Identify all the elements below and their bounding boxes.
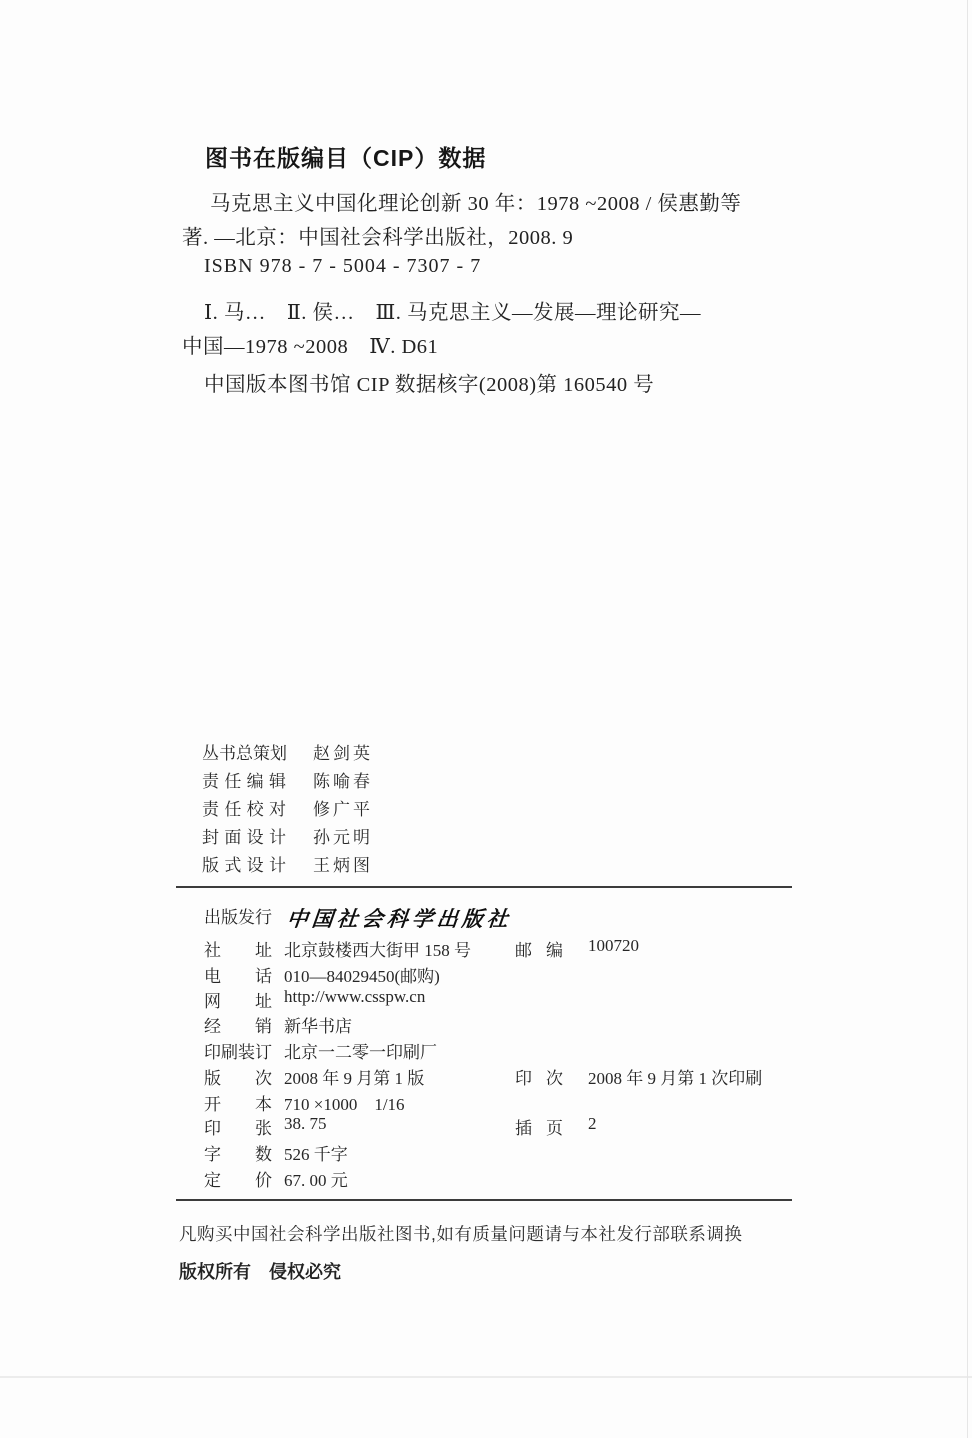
pub-value-postcode: 100720 xyxy=(588,936,639,956)
pub-label: 字数 xyxy=(204,1140,272,1165)
pub-label-inserts: 插页 xyxy=(515,1114,563,1139)
cip-heading: 图书在版编目（CIP）数据 xyxy=(205,140,486,173)
pub-label: 电话 xyxy=(204,962,272,987)
pub-label-postcode: 邮编 xyxy=(515,936,563,961)
publisher-label: 出版发行 xyxy=(204,903,272,928)
cip-title-line-1: 马克思主义中国化理论创新 30 年：1978 ~2008 / 侯惠勤等 xyxy=(210,186,741,216)
pub-row-price: 定价67. 00 元 xyxy=(204,1166,804,1191)
pub-row-printer: 印刷装订北京一二零一印刷厂 xyxy=(204,1038,804,1063)
pub-label: 印张 xyxy=(204,1114,272,1139)
cip-classification-line-2: 中国—1978 ~2008 Ⅳ. D61 xyxy=(182,329,438,359)
publisher-logotype: 中国社会科学出版社 xyxy=(285,903,513,933)
credit-name: 陈喻春 xyxy=(313,772,373,791)
credit-role: 责任编辑 xyxy=(202,767,286,792)
credit-row: 责任编辑陈喻春 xyxy=(202,767,373,792)
pub-value: 67. 00 元 xyxy=(284,1171,348,1190)
quality-notice: 凡购买中国社会科学出版社图书,如有质量问题请与本社发行部联系调换 xyxy=(179,1221,742,1246)
cip-record-number: 中国版本图书馆 CIP 数据核字(2008)第 160540 号 xyxy=(204,367,654,397)
pub-row-format: 开本710 ×1000 1/16 xyxy=(204,1090,804,1115)
pub-row-phone: 电话010—84029450(邮购) xyxy=(204,962,804,987)
pub-value-url: http://www.csspw.cn xyxy=(284,987,425,1006)
pub-value: 2008 年 9 月第 1 版 xyxy=(284,1069,424,1088)
pub-value: 北京一二零一印刷厂 xyxy=(284,1043,437,1062)
divider-bottom xyxy=(176,1199,792,1201)
pub-row-sheets: 印张38. 75 插页 2 xyxy=(204,1114,804,1139)
pub-value: 526 千字 xyxy=(284,1145,348,1164)
credit-name: 孙元明 xyxy=(313,828,373,847)
isbn-line: ISBN 978 - 7 - 5004 - 7307 - 7 xyxy=(204,255,481,278)
pub-label: 版次 xyxy=(204,1064,272,1089)
pub-label: 印刷装订 xyxy=(204,1038,272,1063)
credit-row: 责任校对修广平 xyxy=(202,795,373,820)
pub-row-website: 网址http://www.csspw.cn xyxy=(204,987,804,1012)
pub-label: 经销 xyxy=(204,1012,272,1037)
credit-role: 封面设计 xyxy=(202,823,286,848)
pub-row-wordcount: 字数526 千字 xyxy=(204,1140,804,1165)
credit-row: 丛书总策划赵剑英 xyxy=(202,739,373,764)
pub-value: 北京鼓楼西大街甲 158 号 xyxy=(284,941,471,960)
credit-role: 丛书总策划 xyxy=(202,739,286,764)
pub-label: 社址 xyxy=(204,936,272,961)
credit-row: 版式设计王炳图 xyxy=(202,851,373,876)
publisher-row: 出版发行中国社会科学出版社 xyxy=(204,903,804,933)
pub-value-impression: 2008 年 9 月第 1 次印刷 xyxy=(588,1064,762,1089)
pub-value-inserts: 2 xyxy=(588,1114,597,1134)
pub-value: 38. 75 xyxy=(284,1114,327,1133)
credit-role: 版式设计 xyxy=(202,851,286,876)
cip-title-line-2: 著. —北京：中国社会科学出版社，2008. 9 xyxy=(182,220,573,250)
pub-row-distributor: 经销新华书店 xyxy=(204,1012,804,1037)
credit-row: 封面设计孙元明 xyxy=(202,823,373,848)
copyright-statement: 版权所有 侵权必究 xyxy=(179,1258,341,1284)
scan-artifact-right-edge-line xyxy=(967,0,968,1438)
pub-label: 网址 xyxy=(204,987,272,1012)
credit-name: 修广平 xyxy=(313,800,373,819)
credit-role: 责任校对 xyxy=(202,795,286,820)
credit-name: 赵剑英 xyxy=(313,744,373,763)
pub-value: 710 ×1000 1/16 xyxy=(284,1095,405,1114)
credit-name: 王炳图 xyxy=(313,856,373,875)
cip-classification-line-1: Ⅰ. 马… Ⅱ. 侯… Ⅲ. 马克思主义—发展—理论研究— xyxy=(204,295,701,325)
pub-label-impression: 印次 xyxy=(515,1064,563,1089)
pub-label: 定价 xyxy=(204,1166,272,1191)
pub-label: 开本 xyxy=(204,1090,272,1115)
book-copyright-page: 图书在版编目（CIP）数据 马克思主义中国化理论创新 30 年：1978 ~20… xyxy=(0,0,972,1438)
pub-value: 新华书店 xyxy=(284,1017,352,1036)
pub-row-address: 社址北京鼓楼西大街甲 158 号 邮编 100720 xyxy=(204,936,804,961)
pub-row-edition: 版次2008 年 9 月第 1 版 印次 2008 年 9 月第 1 次印刷 xyxy=(204,1064,804,1089)
divider-top xyxy=(176,886,792,888)
scan-artifact-page-edge-shadow xyxy=(0,1376,972,1378)
pub-value: 010—84029450(邮购) xyxy=(284,967,440,986)
